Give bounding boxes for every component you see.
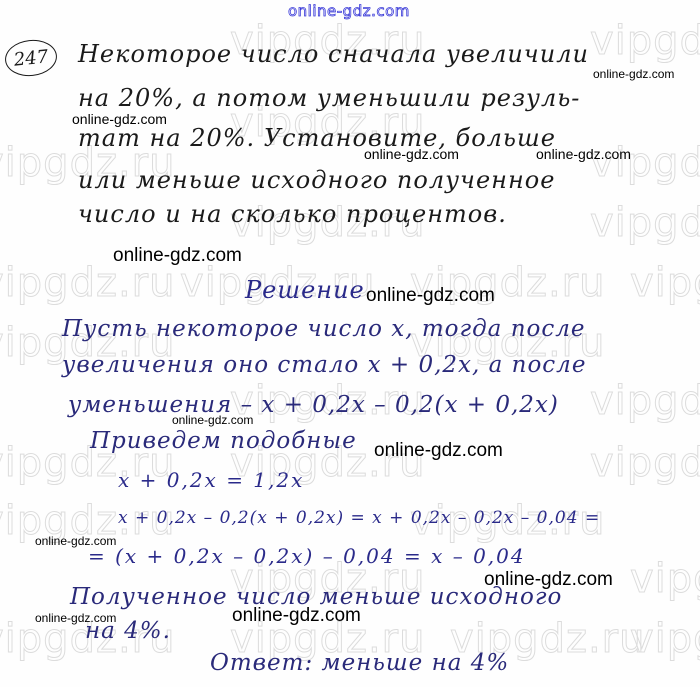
problem-statement-line: на 20%, а потом уменьшили резуль- [78,84,580,112]
watermark: online-gdz.com [593,68,674,80]
watermark: online-gdz.com [72,112,167,126]
site-link[interactable]: online-gdz.com [288,2,410,20]
solution-heading: Решение [245,276,365,304]
problem-statement-line: число и на сколько процентов. [78,200,507,228]
watermark: online-gdz.com [364,147,459,161]
problem-statement-line: или меньше исходного полученное [78,166,555,194]
watermark: online-gdz.com [366,286,495,305]
bg-watermark: vipgdz.ru [0,260,175,306]
math-line: = (x + 0,2x – 0,2x) – 0,04 = x – 0,04 [88,544,526,568]
watermark: online-gdz.com [35,535,116,547]
bg-watermark: vipgdz.ru [590,440,700,486]
watermark: online-gdz.com [484,570,613,589]
problem-number: 247 [3,37,58,78]
watermark: online-gdz.com [536,147,631,161]
watermark: online-gdz.com [172,414,253,426]
watermark: online-gdz.com [35,612,116,624]
watermark: online-gdz.com [232,606,361,625]
bg-watermark: vipgdz.ru [630,260,700,306]
math-line: x + 0,2x = 1,2x [118,468,304,492]
watermark: online-gdz.com [374,441,503,460]
homework-page: vipgdz.ru vipgdz.ru vipgdz.ru vipgdz.ru … [0,0,700,687]
bg-watermark: vipgdz.ru [590,200,700,246]
bg-watermark: vipgdz.ru [630,556,700,602]
solution-line: Приведем подобные [90,428,357,454]
problem-statement-line: тат на 20%. Установите, больше [78,124,556,152]
bg-watermark: vipgdz.ru [590,378,700,424]
solution-line: Пусть некоторое число x, тогда после [62,316,586,342]
solution-line: увеличения оно стало x + 0,2x, а после [62,352,586,378]
bg-watermark: vipgdz.ru [590,18,700,64]
answer: Ответ: меньше на 4% [210,650,509,676]
watermark: online-gdz.com [113,246,242,265]
problem-statement-line: Некоторое число сначала увеличили [78,40,589,68]
bg-watermark: vipgdz.ru [630,616,700,662]
math-line: x + 0,2x – 0,2(x + 0,2x) = x + 0,2x – 0,… [118,508,600,528]
solution-line: уменьшения – x + 0,2x – 0,2(x + 0,2x) [68,392,559,418]
